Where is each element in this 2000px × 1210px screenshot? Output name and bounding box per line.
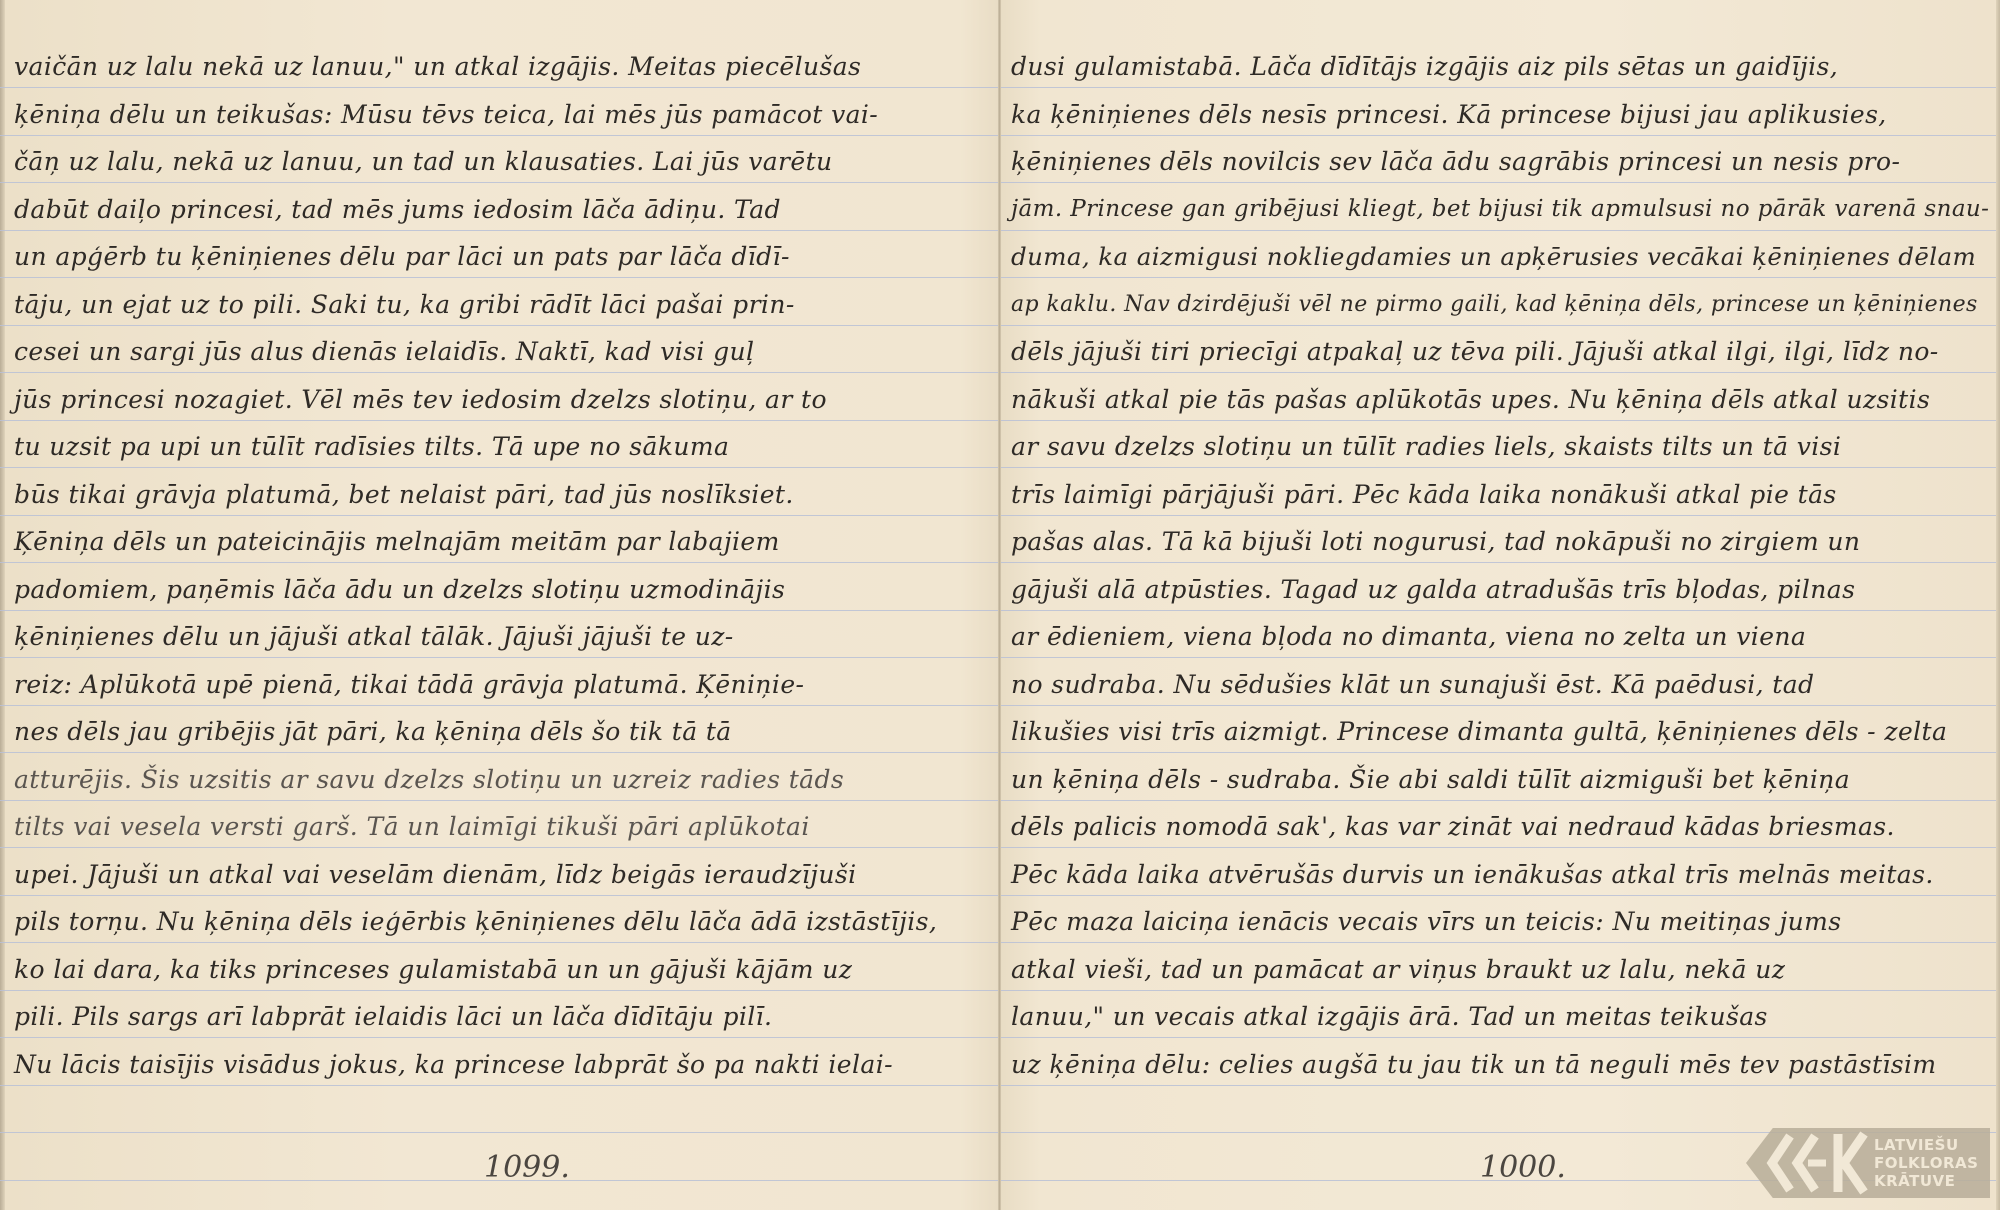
handwritten-line: ar savu dzelzs slotiņu un tūlīt radies l… <box>1001 423 2000 470</box>
handwritten-line: dēls palicis nomodā sak', kas var zināt … <box>1001 803 2000 850</box>
handwritten-line: un apģērb tu ķēniņienes dēlu par lāci un… <box>0 233 999 280</box>
handwritten-line: tāju, un ejat uz to pili. Saki tu, ka gr… <box>0 281 999 328</box>
handwritten-line: padomiem, paņēmis lāča ādu un dzelzs slo… <box>0 566 999 613</box>
manuscript-spread: vaičān uz lalu nekā uz lanuu," un atkal … <box>0 0 2000 1210</box>
logo-line-2: FOLKLORAS <box>1874 1154 1978 1172</box>
handwritten-line: pašas alas. Tā kā bijuši loti nogurusi, … <box>1001 518 2000 565</box>
logo-line-3: KRĀTUVE <box>1874 1172 1978 1190</box>
handwritten-line: dusi gulamistabā. Lāča dīdītājs izgājis … <box>1001 43 2000 90</box>
handwritten-line: likušies visi trīs aizmigt. Princese dim… <box>1001 708 2000 755</box>
handwritten-line: ko lai dara, ka tiks princeses gulamista… <box>0 946 999 993</box>
handwritten-line: lanuu," un vecais atkal izgājis ārā. Tad… <box>1001 993 2000 1040</box>
handwritten-line: ar ēdieniem, viena bļoda no dimanta, vie… <box>1001 613 2000 660</box>
handwritten-line: pils torņu. Nu ķēniņa dēls ieģērbis ķēni… <box>0 898 999 945</box>
handwritten-line: upei. Jājuši un atkal vai veselām dienām… <box>0 851 999 898</box>
lfk-chevron-icon <box>1760 1128 1870 1198</box>
lfk-watermark-logo: LATVIEŠU FOLKLORAS KRĀTUVE <box>1746 1128 1990 1198</box>
handwritten-line: tu uzsit pa upi un tūlīt radīsies tilts.… <box>0 423 999 470</box>
handwritten-line: Pēc maza laiciņa ienācis vecais vīrs un … <box>1001 898 2000 945</box>
handwritten-line: reiz: Aplūkotā upē pienā, tikai tādā grā… <box>0 661 999 708</box>
handwritten-line: vaičān uz lalu nekā uz lanuu," un atkal … <box>0 43 999 90</box>
handwritten-line: atkal vieši, tad un pamācat ar viņus bra… <box>1001 946 2000 993</box>
left-page-number: 1099. <box>484 1150 570 1185</box>
handwritten-line: ķēniņienes dēls novilcis sev lāča ādu sa… <box>1001 138 2000 185</box>
handwritten-line: duma, ka aizmigusi nokliegdamies un apķē… <box>1001 233 2000 280</box>
right-page: dusi gulamistabā. Lāča dīdītājs izgājis … <box>1001 0 2000 1210</box>
handwritten-line: nes dēls jau gribējis jāt pāri, ka ķēniņ… <box>0 708 999 755</box>
handwritten-line: jām. Princese gan gribējusi kliegt, bet … <box>1001 186 2000 233</box>
handwritten-line: uz ķēniņa dēlu: celies augšā tu jau tik … <box>1001 1041 2000 1088</box>
handwritten-line: ka ķēniņienes dēls nesīs princesi. Kā pr… <box>1001 91 2000 138</box>
handwritten-line: un ķēniņa dēls - sudraba. Šie abi saldi … <box>1001 756 2000 803</box>
handwritten-line: dabūt daiļo princesi, tad mēs jums iedos… <box>0 186 999 233</box>
handwritten-line: cesei un sargi jūs alus dienās ielaidīs.… <box>0 328 999 375</box>
handwritten-line: Nu lācis taisījis visādus jokus, ka prin… <box>0 1041 999 1088</box>
right-page-number: 1000. <box>1480 1150 1566 1185</box>
handwritten-line: atturējis. Šis uzsitis ar savu dzelzs sl… <box>0 756 999 803</box>
handwritten-line: dēls jājuši tiri priecīgi atpakaļ uz tēv… <box>1001 328 2000 375</box>
handwritten-line: pili. Pils sargs arī labprāt ielaidis lā… <box>0 993 999 1040</box>
logo-line-1: LATVIEŠU <box>1874 1136 1978 1154</box>
handwritten-line: gājuši alā atpūsties. Tagad uz galda atr… <box>1001 566 2000 613</box>
handwritten-line: nākuši atkal pie tās pašas aplūkotās upe… <box>1001 376 2000 423</box>
left-page: vaičān uz lalu nekā uz lanuu," un atkal … <box>0 0 999 1210</box>
handwritten-line: Ķēniņa dēls un pateicinājis melnajām mei… <box>0 518 999 565</box>
handwritten-line: ap kaklu. Nav dzirdējuši vēl ne pirmo ga… <box>1001 281 2000 328</box>
right-page-edge <box>1996 0 2000 1210</box>
handwritten-line: būs tikai grāvja platumā, bet nelaist pā… <box>0 471 999 518</box>
handwritten-line: čāņ uz lalu, nekā uz lanuu, un tad un kl… <box>0 138 999 185</box>
handwritten-line: ķēniņienes dēlu un jājuši atkal tālāk. J… <box>0 613 999 660</box>
handwritten-line: trīs laimīgi pārjājuši pāri. Pēc kāda la… <box>1001 471 2000 518</box>
ruled-line <box>0 1132 999 1133</box>
handwritten-line: jūs princesi nozagiet. Vēl mēs tev iedos… <box>0 376 999 423</box>
handwritten-line: Pēc kāda laika atvērušās durvis un ienāk… <box>1001 851 2000 898</box>
handwritten-line: ķēniņa dēlu un teikušas: Mūsu tēvs teica… <box>0 91 999 138</box>
handwritten-line: no sudraba. Nu sēdušies klāt un sunajuši… <box>1001 661 2000 708</box>
logo-text: LATVIEŠU FOLKLORAS KRĀTUVE <box>1874 1136 1978 1190</box>
handwritten-line: tilts vai vesela versti garš. Tā un laim… <box>0 803 999 850</box>
